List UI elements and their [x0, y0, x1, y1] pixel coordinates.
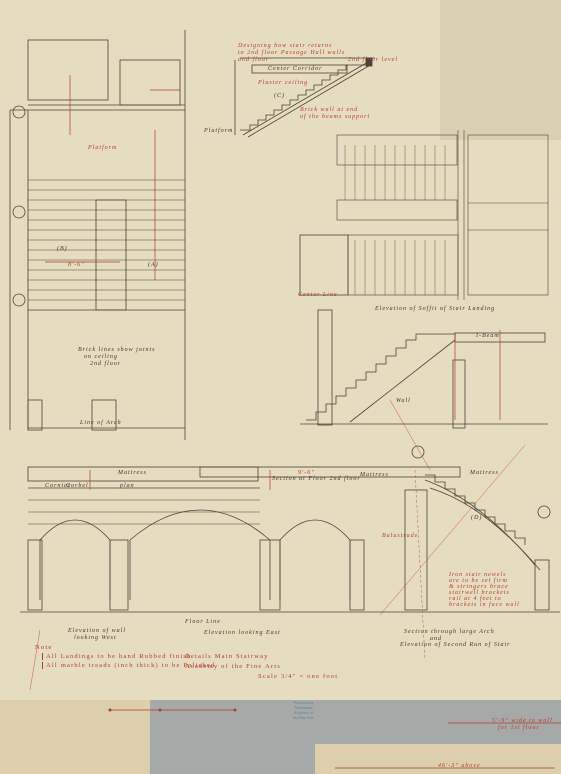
label-beams: of the beams support: [300, 114, 370, 120]
label-2nd-floor: 2nd floor: [90, 361, 121, 367]
label-mattress-west: Mattress: [118, 470, 147, 476]
label-section-floor: Section at Floor 2nd floor: [272, 476, 361, 482]
east-caption: Elevation looking East: [204, 630, 281, 636]
bottom-dim-1: 5'-9" wide to wall: [492, 718, 553, 724]
label-platform-top: Platform: [204, 128, 233, 134]
soffit-caption: Elevation of Soffit of Stair Landing: [375, 306, 495, 312]
label-corbel: Corbel: [66, 483, 89, 489]
stamp-line: the Fine Arts: [293, 715, 314, 720]
label-2nd-floor-level: 2nd floor level: [348, 57, 398, 63]
section-caption-1: Section through large Arch: [404, 629, 495, 635]
bottom-dim-2: 46'-3" above: [438, 763, 481, 769]
note-heading: Note: [35, 644, 52, 651]
section-caption-3: Elevation of Second Run of Stair: [400, 642, 511, 648]
title-detail: Details Main Stairway: [185, 653, 269, 660]
label-mattress-east: Mattress: [360, 472, 389, 478]
label-plaster-ceiling: Plaster ceiling: [258, 80, 308, 86]
west-caption-1: Elevation of wall: [68, 628, 126, 634]
label-b: (B): [57, 246, 68, 252]
label-floor-line: Floor Line: [185, 619, 221, 625]
label-brick-wall: Brick wall at end: [300, 107, 358, 113]
label-balustrade: Balustrade: [382, 533, 418, 539]
stair-section-caption-3: and floor: [238, 57, 269, 63]
label-center-line: Center Line: [298, 292, 338, 298]
label-a: (A): [148, 262, 159, 268]
quatrefoil-column-icon: [13, 106, 25, 306]
stair-section-caption-2: to 2nd floor Passage Hall walls: [238, 50, 345, 56]
label-wall: Wall: [396, 398, 411, 404]
title-scale: Scale 3/4" = one foot: [258, 673, 338, 680]
label-mattress-section: Mattress: [470, 470, 499, 476]
bottom-dim-1b: for 1st floor: [498, 725, 540, 731]
title-institution: Academy of the Fine Arts: [185, 663, 281, 670]
label-line-of-arch: Line of Arch: [80, 420, 122, 426]
west-caption-2: looking West: [74, 635, 117, 641]
label-center-corridor: Center Corridor: [268, 66, 323, 72]
label-d: (D): [471, 515, 482, 521]
label-plan: plan: [120, 483, 135, 489]
archive-stamp: Philadelphia Athenaeum Academy of the Fi…: [293, 700, 314, 720]
label-i-beam: I-Beam: [476, 333, 500, 339]
note-line-1: All Landings to be hand Rubbed finish: [42, 653, 192, 660]
stair-section-caption-1: Designing how stair returns: [238, 43, 332, 49]
label-on-ceiling: on ceiling: [84, 354, 118, 360]
dimension-plan: 8'-6": [68, 262, 85, 268]
label-c: (C): [274, 93, 285, 99]
label-platform: Platform: [88, 145, 117, 151]
side-note-6: brackets in face wall: [449, 602, 520, 608]
label-brick-lines: Brick lines show joints: [78, 347, 156, 353]
